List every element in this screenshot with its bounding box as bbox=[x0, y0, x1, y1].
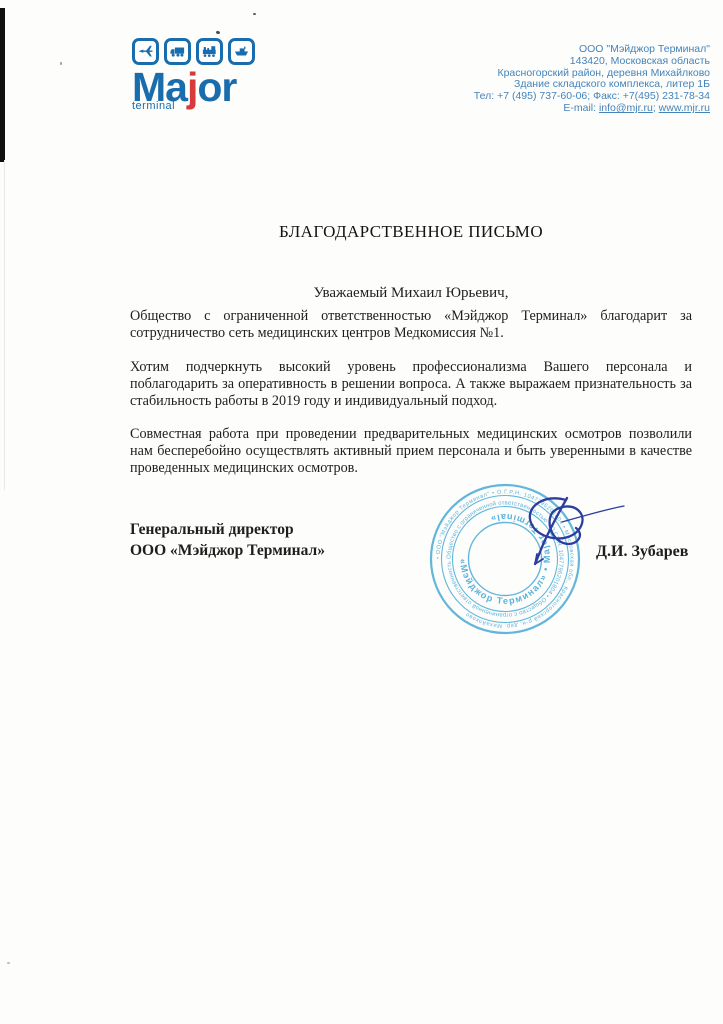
email-link[interactable]: info@mjr.ru bbox=[599, 102, 653, 114]
company-logo: Major terminal bbox=[132, 38, 255, 112]
text-line: нам бесперебойно осуществлять активный п… bbox=[130, 443, 692, 460]
letter-title: БЛАГОДАРСТВЕННОЕ ПИСЬМО bbox=[130, 222, 692, 242]
logo-part-j: j bbox=[187, 64, 197, 110]
address-lines: ООО "Мэйджор Терминал"143420, Московская… bbox=[280, 44, 710, 103]
handwritten-signature bbox=[468, 486, 628, 576]
email-line: E-mail: info@mjr.ru; www.mjr.ru bbox=[280, 103, 710, 115]
logo-part-or: or bbox=[197, 64, 236, 110]
text-line: стабильность работы в 2019 году и индиви… bbox=[130, 393, 692, 410]
text-line: Общество с ограниченной ответственностью… bbox=[130, 308, 692, 325]
airplane-icon bbox=[132, 38, 159, 65]
scan-edge-line bbox=[4, 160, 5, 490]
text-line: поблагодарить за оперативность в решении… bbox=[130, 376, 692, 393]
salutation: Уважаемый Михаил Юрьевич, bbox=[130, 285, 692, 302]
website-link[interactable]: www.mjr.ru bbox=[659, 102, 710, 114]
paragraph-2: Хотим подчеркнуть высокий уровень профес… bbox=[130, 359, 692, 410]
ship-icon bbox=[228, 38, 255, 65]
scan-edge-artifact bbox=[0, 8, 5, 162]
signatory-block: Генеральный директор ООО «Мэйджор Термин… bbox=[130, 519, 325, 561]
signatory-position: Генеральный директор bbox=[130, 519, 325, 540]
train-icon bbox=[196, 38, 223, 65]
text-line: проведенных медицинских осмотров. bbox=[130, 460, 692, 477]
text-line: Хотим подчеркнуть высокий уровень профес… bbox=[130, 359, 692, 376]
paragraph-1: Общество с ограниченной ответственностью… bbox=[130, 308, 692, 342]
scan-speck bbox=[7, 962, 10, 964]
paragraph-3: Совместная работа при проведении предвар… bbox=[130, 426, 692, 477]
signatory-company: ООО «Мэйджор Терминал» bbox=[130, 540, 325, 561]
text-line: сотрудничество сеть медицинских центров … bbox=[130, 325, 692, 342]
text-line: Совместная работа при проведении предвар… bbox=[130, 426, 692, 443]
scan-speck bbox=[216, 30, 221, 34]
email-label: E-mail: bbox=[563, 102, 599, 114]
scan-speck bbox=[253, 13, 256, 15]
scan-speck bbox=[60, 62, 62, 65]
company-address-block: ООО "Мэйджор Терминал"143420, Московская… bbox=[280, 44, 710, 115]
text-line: 143420, Московская область bbox=[280, 56, 710, 68]
letter-page: Major terminal ООО "Мэйджор Терминал"143… bbox=[0, 0, 723, 1024]
transport-icons-row bbox=[132, 38, 255, 65]
truck-icon bbox=[164, 38, 191, 65]
